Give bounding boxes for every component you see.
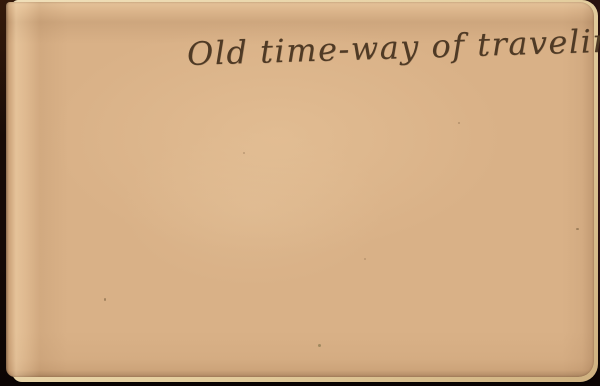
photo-of-album-page: Old time-way of traveling: [0, 0, 600, 386]
paper-speck: [364, 258, 366, 260]
paper-speck: [243, 152, 245, 154]
paper-speck: [318, 344, 321, 347]
paper-speck: [576, 228, 579, 230]
handwritten-caption: Old time-way of traveling: [186, 21, 600, 73]
paper-speck: [458, 122, 460, 124]
album-page: Old time-way of traveling: [6, 2, 594, 377]
paper-speck: [104, 298, 106, 301]
